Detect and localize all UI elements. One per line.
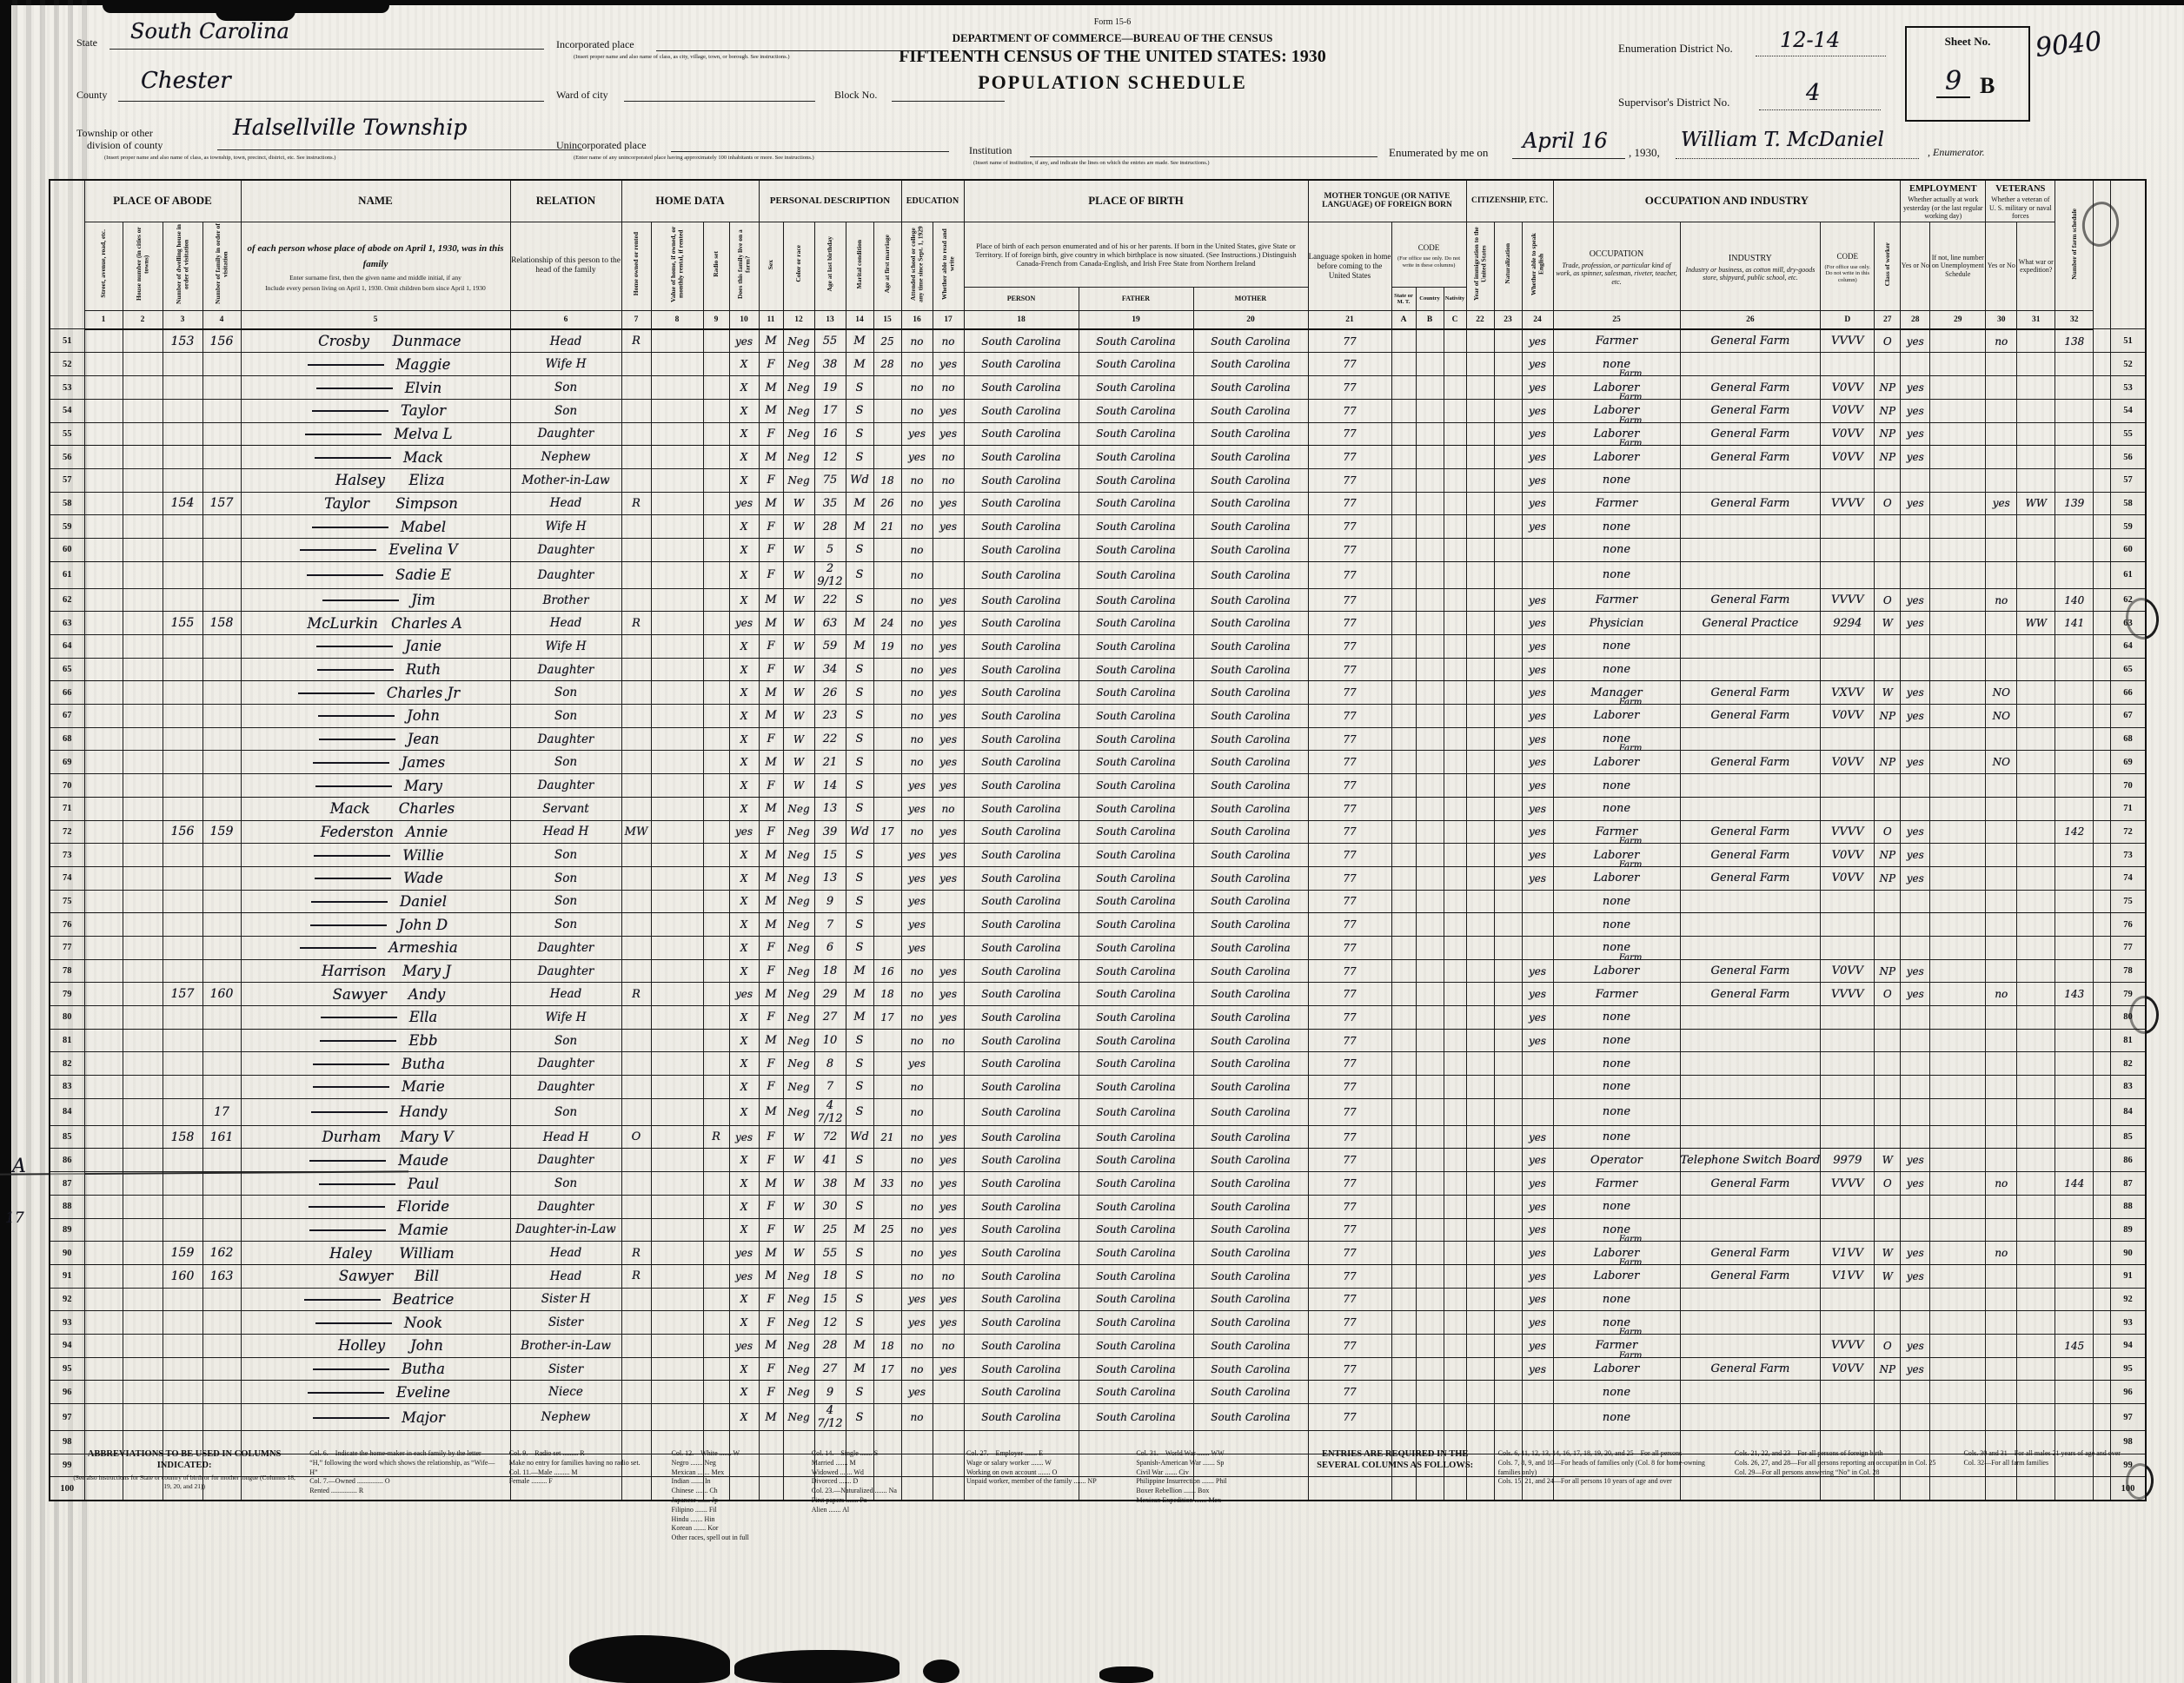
- cell-farm-schedule: [2055, 1029, 2094, 1052]
- occupation-text: Laborer: [1594, 756, 1640, 769]
- cell-occupation: none: [1553, 635, 1680, 659]
- cell-unemployment-line: [1930, 820, 1986, 844]
- cell-language-code: 77: [1308, 1242, 1391, 1265]
- cell-naturalization: [1494, 612, 1522, 635]
- cell-veteran: yes: [1986, 492, 2017, 515]
- cell-language-code: 77: [1308, 538, 1391, 561]
- cell-family-number: [202, 751, 241, 774]
- cell-race: Neg: [783, 422, 814, 446]
- cell-family-number: [202, 1052, 241, 1076]
- cell-veteran: no: [1986, 1172, 2017, 1196]
- cell-farm-schedule: 143: [2055, 983, 2094, 1006]
- cell-class-of-worker: W: [1875, 1242, 1901, 1265]
- cell-name: Butha: [241, 1052, 510, 1076]
- cell-race: Neg: [783, 468, 814, 492]
- cell-code-a: [1391, 538, 1416, 561]
- cell-birthplace-mother: South Carolina: [1193, 1242, 1308, 1265]
- cell-age-first-marriage: [873, 1264, 901, 1288]
- cell-dwelling-number: [163, 936, 202, 959]
- cell-blank: [2094, 446, 2111, 469]
- cell-occupation: none: [1553, 561, 1680, 588]
- cell-attended-school: no: [901, 820, 933, 844]
- cell-attended-school: yes: [901, 1288, 933, 1311]
- cell-veteran-war: [2017, 1381, 2055, 1404]
- given-name: Major: [402, 1409, 445, 1426]
- cell-birthplace-person: South Carolina: [964, 705, 1079, 728]
- cell-immigration-year: [1466, 936, 1494, 959]
- cell-age-first-marriage: 21: [873, 515, 901, 539]
- cell-industry: [1680, 353, 1821, 376]
- given-name: Wade: [403, 870, 443, 886]
- cell-veteran-war: [2017, 866, 2055, 890]
- footer-note-line: Female ......... F: [509, 1477, 658, 1487]
- line-number-right: 87: [2111, 1172, 2146, 1196]
- occupation-text: Farmer: [1596, 1177, 1637, 1190]
- given-name: Ruth: [406, 661, 441, 678]
- cell-code-b: [1416, 446, 1444, 469]
- cell-dwelling-number: [163, 751, 202, 774]
- cell-birthplace-person: South Carolina: [964, 376, 1079, 400]
- line-number-right: 59: [2111, 515, 2146, 539]
- cell-radio: [703, 797, 729, 820]
- cell-name: Ebb: [241, 1029, 510, 1052]
- unincorporated-line: [671, 151, 949, 152]
- cell-birthplace-person: South Carolina: [964, 844, 1079, 867]
- cell-marital: M: [846, 353, 873, 376]
- cell-farm: X: [729, 844, 759, 867]
- cell-immigration-year: [1466, 705, 1494, 728]
- cell-sex: F: [759, 635, 783, 659]
- cell-blank: [2094, 1006, 2111, 1030]
- cell-race: Neg: [783, 820, 814, 844]
- cell-blank: [2094, 913, 2111, 937]
- footer-block-2: Col. 9.—Radio set ......... RMake no ent…: [509, 1449, 658, 1487]
- cell-naturalization: [1494, 1052, 1522, 1076]
- cell-family-number: [202, 1311, 241, 1335]
- cell-home-value: [651, 959, 703, 983]
- cell-naturalization: [1494, 797, 1522, 820]
- given-name: Butha: [402, 1361, 445, 1377]
- footer-note-line: Mexican Expedition ....... Mex: [1136, 1496, 1291, 1506]
- cell-unemployment-line: [1930, 1357, 1986, 1381]
- line-number-right: 83: [2111, 1076, 2146, 1099]
- cell-naturalization: [1494, 1242, 1522, 1265]
- cell-industry: General Farm: [1680, 959, 1821, 983]
- line-number-right: 52: [2111, 353, 2146, 376]
- cell-home-value: [651, 635, 703, 659]
- cell-unemployment-line: [1930, 612, 1986, 635]
- cell-occupation-code: V0VV: [1821, 751, 1875, 774]
- footer-note-line: Philippine Insurrection ....... Phil: [1136, 1477, 1291, 1487]
- cell-speak-english: yes: [1522, 774, 1553, 798]
- line-number-right: 64: [2111, 635, 2146, 659]
- cell-marital: M: [846, 959, 873, 983]
- cell-read-write: no: [933, 446, 964, 469]
- column-number: 25: [1553, 310, 1680, 329]
- census-row: 97MajorNephewXMNeg4 7/12SnoSouth Carolin…: [50, 1404, 2146, 1431]
- cell-home-value: [651, 1029, 703, 1052]
- cell-family-number: 160: [202, 983, 241, 1006]
- unincorporated-note: (Enter name of any unincorporated place …: [574, 155, 947, 161]
- census-row: 79157160SawyerAndyHeadRyesMNeg29M18noyes…: [50, 983, 2146, 1006]
- cell-naturalization: [1494, 1098, 1522, 1125]
- cell-code-c: [1444, 1052, 1466, 1076]
- col-occupation: OCCUPATIONTrade, profession, or particul…: [1553, 222, 1680, 310]
- cell-code-a: [1391, 1125, 1416, 1149]
- cell-blank: [2094, 959, 2111, 983]
- cell-occupation: LaborerFarm: [1553, 959, 1680, 983]
- cell-attended-school: no: [901, 353, 933, 376]
- cell-birthplace-mother: South Carolina: [1193, 983, 1308, 1006]
- cell-family-number: [202, 468, 241, 492]
- cell-read-write: yes: [933, 399, 964, 422]
- census-row: 71MackCharlesServantXMNeg13SyesnoSouth C…: [50, 797, 2146, 820]
- cell-street: [84, 1172, 123, 1196]
- enumeration-district-value: 12-14: [1780, 28, 1840, 52]
- occupation-text: none: [1603, 1293, 1630, 1306]
- cell-occupation: Farmer: [1553, 492, 1680, 515]
- footer-abbreviations: ABBREVIATIONS TO BE USED IN COLUMNS INDI…: [73, 1449, 2134, 1543]
- cell-age: 15: [814, 844, 846, 867]
- cell-relation: Daughter: [510, 538, 621, 561]
- cell-birthplace-mother: South Carolina: [1193, 1264, 1308, 1288]
- ditto-dash: [309, 1227, 386, 1231]
- census-row: 83MarieDaughterXFNeg7SnoSouth CarolinaSo…: [50, 1076, 2146, 1099]
- cell-code-c: [1444, 890, 1466, 913]
- cell-class-of-worker: NP: [1875, 866, 1901, 890]
- cell-veteran: [1986, 353, 2017, 376]
- cell-radio: [703, 1076, 729, 1099]
- cell-code-a: [1391, 1006, 1416, 1030]
- cell-race: W: [783, 705, 814, 728]
- cell-home-value: [651, 866, 703, 890]
- cell-sex: F: [759, 1218, 783, 1242]
- cell-dwelling-number: [163, 681, 202, 705]
- cell-street: [84, 1052, 123, 1076]
- footer-block-8: Cols. 21, 22, and 23—For all persons of …: [1735, 1449, 1950, 1477]
- census-row: 89MamieDaughter-in-LawXFW25M25noyesSouth…: [50, 1218, 2146, 1242]
- industry-desc: Industry or business, as cotton mill, dr…: [1681, 265, 1821, 283]
- group-home-data: HOME DATA: [621, 180, 759, 222]
- cell-age: 16: [814, 422, 846, 446]
- cell-relation: Son: [510, 866, 621, 890]
- cell-family-number: [202, 1288, 241, 1311]
- cell-marital: S: [846, 866, 873, 890]
- cell-attended-school: yes: [901, 913, 933, 937]
- cell-read-write: [933, 1052, 964, 1076]
- cell-at-work: [1901, 1006, 1930, 1030]
- cell-speak-english: yes: [1522, 353, 1553, 376]
- cell-age: 14: [814, 774, 846, 798]
- cell-radio: [703, 913, 729, 937]
- cell-code-c: [1444, 866, 1466, 890]
- cell-marital: S: [846, 681, 873, 705]
- cell-race: Neg: [783, 1334, 814, 1357]
- cell-code-a: [1391, 727, 1416, 751]
- cell-relation: Son: [510, 913, 621, 937]
- cell-name: FederstonAnnie: [241, 820, 510, 844]
- cell-birthplace-father: South Carolina: [1079, 1149, 1193, 1172]
- cell-code-b: [1416, 561, 1444, 588]
- cell-birthplace-person: South Carolina: [964, 1311, 1079, 1335]
- line-number: 62: [50, 588, 84, 612]
- cell-age-first-marriage: [873, 727, 901, 751]
- cell-marital: S: [846, 538, 873, 561]
- cell-occupation: LaborerFarm: [1553, 399, 1680, 422]
- cell-class-of-worker: W: [1875, 1264, 1901, 1288]
- cell-sex: F: [759, 1195, 783, 1218]
- cell-marital: S: [846, 797, 873, 820]
- footer-note-line: Wage or salary worker ....... W: [966, 1459, 1122, 1468]
- cell-age: 38: [814, 1172, 846, 1196]
- cell-home-owned: [621, 959, 651, 983]
- cell-code-a: [1391, 1242, 1416, 1265]
- cell-read-write: yes: [933, 1242, 964, 1265]
- cell-marital: M: [846, 1218, 873, 1242]
- cell-radio: [703, 612, 729, 635]
- cell-read-write: no: [933, 376, 964, 400]
- cell-farm-schedule: [2055, 422, 2094, 446]
- cell-name: Charles Jr: [241, 681, 510, 705]
- line-number: 60: [50, 538, 84, 561]
- cell-birthplace-person: South Carolina: [964, 612, 1079, 635]
- cell-birthplace-person: South Carolina: [964, 1125, 1079, 1149]
- cell-age: 17: [814, 399, 846, 422]
- cell-naturalization: [1494, 727, 1522, 751]
- cell-birthplace-father: South Carolina: [1079, 658, 1193, 681]
- line-number-right: 95: [2111, 1357, 2146, 1381]
- cell-age-first-marriage: [873, 422, 901, 446]
- cell-marital: Wd: [846, 820, 873, 844]
- cell-marital: S: [846, 727, 873, 751]
- ditto-dash: [310, 922, 387, 926]
- census-row: 78HarrisonMary JDaughterXFNeg18M16noyesS…: [50, 959, 2146, 983]
- cell-code-b: [1416, 797, 1444, 820]
- cell-occupation: none: [1553, 1195, 1680, 1218]
- census-row: 73WillieSonXMNeg15SyesyesSouth CarolinaS…: [50, 844, 2146, 867]
- cell-farm-schedule: 140: [2055, 588, 2094, 612]
- cell-blank: [2094, 844, 2111, 867]
- ditto-dash: [312, 407, 388, 412]
- cell-home-owned: O: [621, 1125, 651, 1149]
- cell-code-b: [1416, 1404, 1444, 1431]
- cell-house-number: [123, 376, 163, 400]
- cell-speak-english: yes: [1522, 959, 1553, 983]
- cell-speak-english: yes: [1522, 866, 1553, 890]
- cell-at-work: [1901, 1404, 1930, 1431]
- cell-name: HolleyJohn: [241, 1334, 510, 1357]
- cell-age-first-marriage: 18: [873, 468, 901, 492]
- cell-blank: [2094, 820, 2111, 844]
- cell-sex: F: [759, 936, 783, 959]
- cell-home-owned: [621, 399, 651, 422]
- cell-farm-schedule: [2055, 727, 2094, 751]
- cell-age: 7: [814, 1076, 846, 1099]
- cell-attended-school: yes: [901, 890, 933, 913]
- cell-birthplace-person: South Carolina: [964, 468, 1079, 492]
- cell-relation: Daughter: [510, 936, 621, 959]
- cell-home-value: [651, 913, 703, 937]
- cell-occupation: LaborerFarm: [1553, 446, 1680, 469]
- cell-marital: S: [846, 658, 873, 681]
- cell-attended-school: no: [901, 1098, 933, 1125]
- cell-class-of-worker: O: [1875, 820, 1901, 844]
- cell-code-c: [1444, 1006, 1466, 1030]
- cell-blank: [2094, 376, 2111, 400]
- footer-block-3: Col. 12.—White ....... WNegro ....... Ne…: [672, 1449, 798, 1543]
- cell-occupation: none: [1553, 658, 1680, 681]
- cell-house-number: [123, 727, 163, 751]
- cell-at-work: [1901, 353, 1930, 376]
- cell-dwelling-number: [163, 538, 202, 561]
- column-number: 14: [846, 310, 873, 329]
- line-number-right: 79: [2111, 983, 2146, 1006]
- line-number-right: 85: [2111, 1125, 2146, 1149]
- cell-age-first-marriage: [873, 866, 901, 890]
- cell-race: Neg: [783, 1006, 814, 1030]
- cell-house-number: [123, 399, 163, 422]
- cell-age-first-marriage: [873, 751, 901, 774]
- cell-house-number: [123, 612, 163, 635]
- cell-naturalization: [1494, 820, 1522, 844]
- cell-industry: General Practice: [1680, 612, 1821, 635]
- given-name: Evelina V: [388, 541, 457, 558]
- cell-name: Ruth: [241, 658, 510, 681]
- cell-birthplace-person: South Carolina: [964, 936, 1079, 959]
- veterans-title: VETERANS: [1995, 184, 2045, 194]
- cell-attended-school: no: [901, 1264, 933, 1288]
- cell-veteran: [1986, 1149, 2017, 1172]
- employment-desc: Whether actually at work yesterday (or t…: [1901, 195, 1985, 222]
- cell-code-a: [1391, 983, 1416, 1006]
- cell-sex: M: [759, 588, 783, 612]
- cell-relation: Daughter: [510, 774, 621, 798]
- cell-code-b: [1416, 538, 1444, 561]
- cell-name: Maude: [241, 1149, 510, 1172]
- cell-read-write: yes: [933, 1149, 964, 1172]
- ditto-dash: [313, 1366, 389, 1370]
- cell-code-b: [1416, 1172, 1444, 1196]
- cell-occupation-code: [1821, 797, 1875, 820]
- cell-immigration-year: [1466, 353, 1494, 376]
- cell-family-number: [202, 399, 241, 422]
- cell-birthplace-mother: South Carolina: [1193, 353, 1308, 376]
- cell-age: 12: [814, 1311, 846, 1335]
- cell-name: Janie: [241, 635, 510, 659]
- read-write-label: Whether able to read and write: [941, 222, 956, 306]
- cell-age: 41: [814, 1149, 846, 1172]
- cell-read-write: yes: [933, 1195, 964, 1218]
- cell-age-first-marriage: [873, 1288, 901, 1311]
- cell-family-number: [202, 913, 241, 937]
- occupation-text: Farmer: [1596, 988, 1637, 1001]
- occupation-note: Farm: [1619, 369, 1642, 379]
- cell-house-number: [123, 797, 163, 820]
- cell-age-first-marriage: [873, 1311, 901, 1335]
- footer-note-line: Col. 32—For all farm families: [1964, 1459, 2134, 1468]
- cell-speak-english: yes: [1522, 1006, 1553, 1030]
- cell-farm: X: [729, 1404, 759, 1431]
- cell-age: 4 7/12: [814, 1404, 846, 1431]
- cell-age: 28: [814, 515, 846, 539]
- cell-veteran-war: [2017, 1218, 2055, 1242]
- cell-home-owned: R: [621, 612, 651, 635]
- cell-house-number: [123, 515, 163, 539]
- cell-blank: [2094, 353, 2111, 376]
- cell-birthplace-person: South Carolina: [964, 1381, 1079, 1404]
- cell-occupation-code: [1821, 890, 1875, 913]
- line-number: 65: [50, 658, 84, 681]
- cell-speak-english: [1522, 1052, 1553, 1076]
- col-home-value: Value of home, if owned, or monthly rent…: [651, 222, 703, 310]
- state-line: [110, 49, 544, 50]
- cell-home-owned: [621, 681, 651, 705]
- cell-class-of-worker: [1875, 538, 1901, 561]
- cell-code-c: [1444, 1334, 1466, 1357]
- cell-veteran: [1986, 1076, 2017, 1099]
- cell-occupation: none: [1553, 1311, 1680, 1335]
- given-name: John: [410, 1337, 443, 1354]
- cell-at-work: yes: [1901, 751, 1930, 774]
- cell-birthplace-person: South Carolina: [964, 1006, 1079, 1030]
- cell-marital: S: [846, 844, 873, 867]
- cell-name: Handy: [241, 1098, 510, 1125]
- column-number: 28: [1901, 310, 1930, 329]
- census-row: 75DanielSonXMNeg9SyesSouth CarolinaSouth…: [50, 890, 2146, 913]
- cell-code-a: [1391, 353, 1416, 376]
- cell-code-c: [1444, 727, 1466, 751]
- given-name: Armeshia: [388, 939, 457, 956]
- cell-farm-schedule: [2055, 1242, 2094, 1265]
- cell-farm-schedule: 145: [2055, 1334, 2094, 1357]
- cell-farm: X: [729, 751, 759, 774]
- footer-note-line: Rented ............... R: [309, 1487, 495, 1496]
- cell-unemployment-line: [1930, 751, 1986, 774]
- cell-birthplace-mother: South Carolina: [1193, 936, 1308, 959]
- cell-dwelling-number: [163, 890, 202, 913]
- cell-attended-school: no: [901, 751, 933, 774]
- cell-occupation: none: [1553, 1006, 1680, 1030]
- line-number-right: 97: [2111, 1404, 2146, 1431]
- cell-read-write: no: [933, 329, 964, 353]
- cell-unemployment-line: [1930, 1172, 1986, 1196]
- cell-at-work: [1901, 1125, 1930, 1149]
- cell-race: W: [783, 515, 814, 539]
- cell-race: W: [783, 561, 814, 588]
- cell-naturalization: [1494, 751, 1522, 774]
- cell-sex: M: [759, 1242, 783, 1265]
- cell-veteran: no: [1986, 1242, 2017, 1265]
- cell-industry: General Farm: [1680, 422, 1821, 446]
- sex-label: Sex: [767, 260, 774, 269]
- cell-birthplace-mother: South Carolina: [1193, 612, 1308, 635]
- cell-industry: [1680, 913, 1821, 937]
- cell-street: [84, 983, 123, 1006]
- cell-naturalization: [1494, 1149, 1522, 1172]
- cell-birthplace-mother: South Carolina: [1193, 468, 1308, 492]
- township-line: [217, 149, 582, 150]
- cell-home-owned: R: [621, 983, 651, 1006]
- cell-code-a: [1391, 1195, 1416, 1218]
- cell-birthplace-person: South Carolina: [964, 959, 1079, 983]
- ditto-dash: [311, 898, 388, 903]
- margin-note-17: 17: [5, 1209, 24, 1227]
- cell-occupation: LaborerFarm: [1553, 376, 1680, 400]
- cell-at-work: yes: [1901, 681, 1930, 705]
- cell-speak-english: yes: [1522, 635, 1553, 659]
- cell-code-c: [1444, 1195, 1466, 1218]
- cell-age: 34: [814, 658, 846, 681]
